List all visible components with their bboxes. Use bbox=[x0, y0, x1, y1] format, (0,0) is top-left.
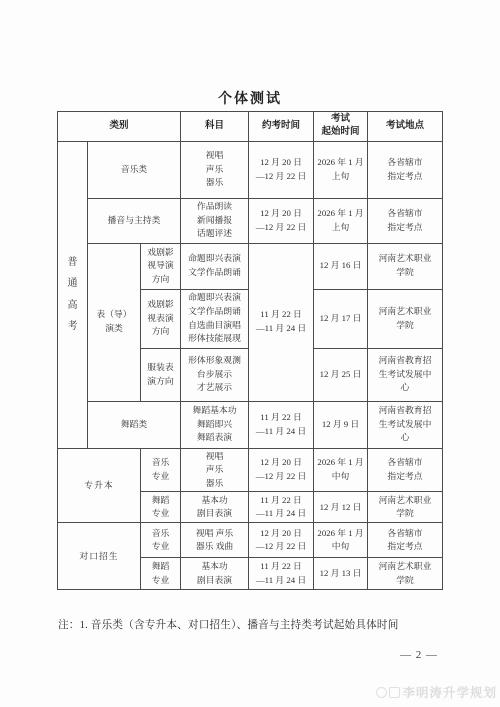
cell-direction: 戏剧影 视导演 方向 bbox=[141, 243, 181, 289]
cell-start-time: 12 月 16 日 bbox=[314, 243, 368, 289]
cell-major: 舞蹈 专业 bbox=[141, 558, 181, 590]
cell-appoint-time: 11 月 22 日 —11 月 24 日 bbox=[249, 558, 314, 590]
cell-direction: 服装表 演方向 bbox=[141, 348, 181, 401]
group-label-duikou: 对口招生 bbox=[58, 523, 141, 590]
cell-location: 各省辖市 指定考点 bbox=[368, 448, 443, 492]
cell-appoint-time: 12 月 20 日 —12 月 22 日 bbox=[249, 523, 314, 558]
cell-subject: 视唱 声乐 器乐 bbox=[181, 448, 249, 492]
cell-appoint-time: 11 月 22 日 —11 月 24 日 bbox=[249, 492, 314, 523]
exam-schedule-table: 类别 科目 约考时间 考试 起始时间 考试地点 普通高考 音乐类 视唱 声乐 器… bbox=[57, 111, 443, 590]
cell-start-time: 2026 年 1 月 上旬 bbox=[314, 141, 368, 198]
cell-subject: 视唱 声乐 器乐 bbox=[181, 141, 249, 198]
table-header-row: 类别 科目 约考时间 考试 起始时间 考试地点 bbox=[58, 112, 443, 142]
col-header-location: 考试地点 bbox=[368, 112, 443, 142]
cell-appoint-time: 12 月 20 日 —12 月 22 日 bbox=[249, 141, 314, 198]
watermark-logo-round-icon bbox=[376, 687, 387, 698]
table-row: 对口招生 音乐 专业 视唱 声乐 器乐 戏曲 12 月 20 日 —12 月 2… bbox=[58, 523, 443, 558]
group-label-gaokao: 普通高考 bbox=[58, 141, 88, 448]
cell-category: 播音与主持类 bbox=[88, 198, 181, 243]
cell-start-time: 12 月 13 日 bbox=[314, 558, 368, 590]
cell-location: 各省辖市 指定考点 bbox=[368, 198, 443, 243]
cell-major: 舞蹈 专业 bbox=[141, 492, 181, 523]
col-header-category: 类别 bbox=[58, 112, 181, 142]
cell-appoint-time: 12 月 20 日 —12 月 22 日 bbox=[249, 448, 314, 492]
col-header-start-time: 考试 起始时间 bbox=[314, 112, 368, 142]
cell-direction: 戏剧影 视表演 方向 bbox=[141, 289, 181, 348]
cell-location: 各省辖市 指定考点 bbox=[368, 141, 443, 198]
cell-start-time: 2026 年 1 月 上旬 bbox=[314, 198, 368, 243]
table-row: 舞蹈类 舞蹈基本功 舞蹈即兴 舞蹈表演 11 月 22 日 —11 月 24 日… bbox=[58, 401, 443, 448]
table-row: 表（导） 演类 戏剧影 视导演 方向 命题即兴表演 文学作品朗诵 11 月 22… bbox=[58, 243, 443, 289]
cell-major: 音乐 专业 bbox=[141, 523, 181, 558]
col-header-appoint-time: 约考时间 bbox=[249, 112, 314, 142]
cell-subject: 基本功 剧目表演 bbox=[181, 558, 249, 590]
cell-location: 各省辖市 指定考点 bbox=[368, 523, 443, 558]
cell-start-time: 12 月 17 日 bbox=[314, 289, 368, 348]
cell-start-time: 12 月 25 日 bbox=[314, 348, 368, 401]
col-header-subject: 科目 bbox=[181, 112, 249, 142]
table-row: 播音与主持类 作品朗读 新闻播报 话题评述 12 月 20 日 —12 月 22… bbox=[58, 198, 443, 243]
group-label-zhuanshengben: 专升本 bbox=[58, 448, 141, 523]
table-row: 普通高考 音乐类 视唱 声乐 器乐 12 月 20 日 —12 月 22 日 2… bbox=[58, 141, 443, 198]
cell-subject: 舞蹈基本功 舞蹈即兴 舞蹈表演 bbox=[181, 401, 249, 448]
cell-location: 河南省教育招 生考试发展中 心 bbox=[368, 401, 443, 448]
cell-location: 河南艺术职业 学院 bbox=[368, 558, 443, 590]
cell-subject: 形体形象观测 台步展示 才艺展示 bbox=[181, 348, 249, 401]
cell-appoint-time: 11 月 22 日 —11 月 24 日 bbox=[249, 243, 314, 401]
cell-location: 河南艺术职业 学院 bbox=[368, 243, 443, 289]
cell-subject: 视唱 声乐 器乐 戏曲 bbox=[181, 523, 249, 558]
cell-start-time: 2026 年 1 月 中旬 bbox=[314, 448, 368, 492]
note-text: 注：1. 音乐类（含专升本、对口招生）、播音与主持类考试起始具体时间 bbox=[58, 617, 399, 632]
watermark-logo-square-icon bbox=[389, 687, 400, 698]
cell-start-time: 12 月 12 日 bbox=[314, 492, 368, 523]
cell-subject: 基本功 剧目表演 bbox=[181, 492, 249, 523]
cell-subject: 作品朗读 新闻播报 话题评述 bbox=[181, 198, 249, 243]
cell-subject: 命题即兴表演 文学作品朗诵 bbox=[181, 243, 249, 289]
cell-appoint-time: 12 月 20 日 —12 月 22 日 bbox=[249, 198, 314, 243]
cell-start-time: 12 月 9 日 bbox=[314, 401, 368, 448]
cell-location: 河南省教育招 生考试发展中 心 bbox=[368, 348, 443, 401]
cell-location: 河南艺术职业 学院 bbox=[368, 289, 443, 348]
page-number: — 2 — bbox=[400, 649, 438, 661]
watermark-text: 李明涛升学规划 bbox=[402, 683, 497, 701]
page-title: 个体测试 bbox=[0, 88, 500, 108]
cell-category: 舞蹈类 bbox=[88, 401, 181, 448]
cell-location: 河南艺术职业 学院 bbox=[368, 492, 443, 523]
cell-major: 音乐 专业 bbox=[141, 448, 181, 492]
cell-category: 表（导） 演类 bbox=[88, 243, 141, 401]
cell-start-time: 2026 年 1 月 中旬 bbox=[314, 523, 368, 558]
cell-appoint-time: 11 月 22 日 —11 月 24 日 bbox=[249, 401, 314, 448]
cell-category: 音乐类 bbox=[88, 141, 181, 198]
table-row: 专升本 音乐 专业 视唱 声乐 器乐 12 月 20 日 —12 月 22 日 … bbox=[58, 448, 443, 492]
document-page: { "page": { "title": "个体测试", "note": "注：… bbox=[0, 0, 500, 707]
cell-subject: 命题即兴表演 文学作品朗诵 自选曲目演唱 形体技能展现 bbox=[181, 289, 249, 348]
watermark: 李明涛升学规划 bbox=[376, 683, 497, 701]
